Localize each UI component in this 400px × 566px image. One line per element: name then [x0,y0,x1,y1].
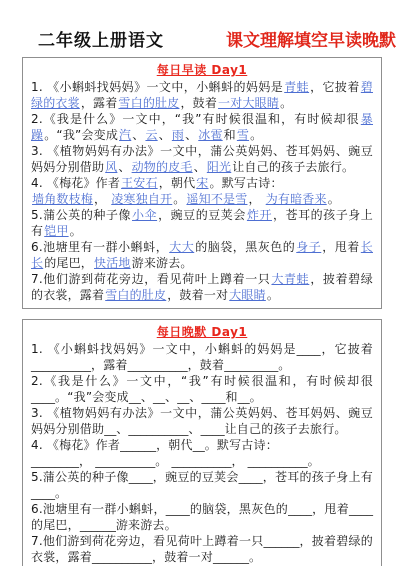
answer-text: 大眼睛 [228,288,267,302]
body-text: 、 [189,390,201,404]
fill-blank: __________ [171,454,231,468]
body-text: 。默写古诗： [205,438,278,452]
fill-blank: __________ [128,358,188,372]
body-text: 游来游去。 [116,518,177,532]
body-text: ，鼓着 [188,358,225,372]
text-line: 3. 《植物妈妈有办法》一文中，蒲公英妈妈、苍耳妈妈、豌豆妈妈分别借助风、动物的… [31,143,373,175]
fill-blank: __ [104,422,116,436]
fill-blank: __ [177,390,189,404]
fill-blank: __________ [128,422,188,436]
body-text: 、 [188,422,200,436]
text-line: 2.《我是什么》一文中，“我”有时候很温和，有时候却很____。“我”会变成__… [31,373,373,405]
body-text: 5.蒲公英的种子像 [31,470,129,484]
body-text: ， [79,454,95,468]
text-line: 4. 《梅花》作者王安石，朝代宋。默写古诗： [31,175,373,191]
body-text: 的脑袋，黑灰色的 [195,240,295,254]
fill-blank: __________ [95,454,155,468]
page-title-subject: 二年级上册语文 [38,26,164,51]
body-text: ，鼓着一对 [152,550,213,564]
answer-text: 汽 [118,128,132,142]
answer-text: 铠甲 [43,224,69,238]
fill-blank: ____ [201,390,225,404]
fill-blank: ________ [31,454,79,468]
answer-text: 遥知不是雪 [185,192,248,206]
fill-blank: __________ [248,454,308,468]
body-text: 5.蒲公英的种子像 [31,208,131,222]
body-text: 、 [118,160,130,174]
body-text: 。 [267,288,279,302]
fill-blank: ____ [297,342,321,356]
answer-text: 青蛙 [283,80,310,94]
morning-reading-header: 每日早读 Day1 [31,62,373,78]
body-text: 7.他们游到荷花旁边，看见荷叶上蹲着一只 [31,534,263,548]
fill-blank: ______ [120,438,156,452]
fill-blank: __ [129,390,141,404]
fill-blank: _________ [224,358,278,372]
fill-blank: __ [193,438,205,452]
answer-text: 大青蛙 [270,272,310,286]
answer-text: 动物的皮毛 [131,160,194,174]
answer-text: 雪白的肚皮 [104,288,167,302]
text-line: 4. 《梅花》作者______，朝代__。默写古诗： [31,437,373,453]
answer-text: 风 [104,160,118,174]
body-text: 。 [250,390,262,404]
fill-blank: ____ [166,502,190,516]
answer-text: 雪白的肚皮 [117,96,180,110]
body-text: 的尾巴， [31,518,80,532]
body-text: 、 [116,422,128,436]
text-line: 墙角数枝梅， 凌寒独自开。遥知不是雪， 为有暗香来。 [31,191,373,207]
evening-recitation-body: 1. 《小蝌蚪找妈妈》一文中，小蝌蚪的妈妈是____，它披着__________… [31,341,373,565]
page-header: 二年级上册语文 课文理解填空早读晚默 [0,0,400,57]
body-text: 6.池塘里有一群小蝌蚪， [31,502,166,516]
body-text: 。 [155,454,171,468]
body-text: 。默写古诗： [210,176,283,190]
text-line: 1. 《小蝌蚪找妈妈》一文中，小蝌蚪的妈妈是青蛙，它披着碧绿的衣裳，露着雪白的肚… [31,79,373,111]
text-line: 6.池塘里有一群小蝌蚪，大大的脑袋，黑灰色的身子，甩着长长的尾巴，快活地游来游去… [31,239,373,271]
morning-reading-body: 1. 《小蝌蚪找妈妈》一文中，小蝌蚪的妈妈是青蛙，它披着碧绿的衣裳，露着雪白的肚… [31,79,373,303]
text-line: 7.他们游到荷花旁边，看见荷叶上蹲着一只大青蛙，披着碧绿的衣裳，露着雪白的肚皮，… [31,271,373,303]
fill-blank: ____ [349,502,373,516]
body-text: 的脑袋，黑灰色的 [190,502,288,516]
evening-recitation-header: 每日晚默 Day1 [31,324,373,340]
fill-blank: ______ [263,534,299,548]
text-line: 3. 《植物妈妈有办法》一文中，蒲公英妈妈、苍耳妈妈、豌豆妈妈分别借助__、__… [31,405,373,437]
text-line: 1. 《小蝌蚪找妈妈》一文中，小蝌蚪的妈妈是____，它披着__________… [31,341,373,373]
body-text: 和 [225,390,237,404]
body-text: 、 [185,128,197,142]
body-text: 1. 《小蝌蚪找妈妈》一文中，小蝌蚪的妈妈是 [31,80,283,94]
body-text: 、 [165,390,177,404]
body-text: 6.池塘里有一群小蝌蚪， [31,240,168,254]
answer-text: 雪 [236,128,250,142]
body-text: 。 [250,128,262,142]
body-text: ，朝代 [159,176,196,190]
body-text: ， [231,454,247,468]
text-line: 6.池塘里有一群小蝌蚪，____的脑袋，黑灰色的____，甩着____的尾巴，_… [31,501,373,533]
fill-blank: ____ [31,486,55,500]
text-line: 5.蒲公英的种子像____，豌豆的豆荚会____，苍耳的孩子身上有____。 [31,469,373,501]
body-text: 。 [278,358,290,372]
body-text: ，豌豆的豆荚会 [153,470,239,484]
fill-blank: ______ [80,518,116,532]
answer-text: 宋 [195,176,209,190]
answer-text: 小伞 [131,208,158,222]
text-line: 2.《我是什么》一文中，“我”有时候很温和，有时候却很暴躁。“我”会变成汽、云、… [31,111,373,143]
body-text: 让自己的孩子去旅行。 [225,422,347,436]
body-text: 。“我”会变成 [55,390,129,404]
body-text: ，苍耳的孩子身上有 [263,470,373,484]
body-text: ，鼓着一对 [167,288,228,302]
body-text: 7.他们游到荷花旁边，看见荷叶上蹲着一只 [31,272,270,286]
fill-blank: __ [153,390,165,404]
body-text: 4. 《梅花》作者 [31,438,120,452]
body-text: 。 [328,192,340,206]
answer-text: 身子 [295,240,322,254]
answer-text: 为有暗香来 [265,192,328,206]
answer-text: 云 [144,128,158,142]
body-text: ，鼓着 [180,96,217,110]
body-text: 。 [70,224,82,238]
body-text: ， [94,192,110,206]
body-text: 1. 《小蝌蚪找妈妈》一文中，小蝌蚪的妈妈是 [31,342,297,356]
body-text: 和 [224,128,236,142]
body-text: 的尾巴， [44,256,93,270]
answer-text: 凌寒独自开 [110,192,173,206]
body-text: ，甩着 [322,240,360,254]
fill-blank: ____ [31,390,55,404]
fill-blank: __ [238,390,250,404]
fill-blank: ______ [213,550,249,564]
page-title-topic: 课文理解填空早读晚默 [226,26,396,51]
fill-blank: __________ [92,550,152,564]
body-text: ，露着 [81,96,118,110]
evening-recitation-section: 每日晚默 Day1 1. 《小蝌蚪找妈妈》一文中，小蝌蚪的妈妈是____，它披着… [22,319,382,566]
body-text: 2.《我是什么》一文中，“我”有时候很温和，有时候却很 [31,374,373,388]
answer-text: 炸开 [246,208,273,222]
fill-blank: ____ [239,470,263,484]
body-text: ，豌豆的豆荚会 [158,208,246,222]
body-text: 游来游去。 [132,256,193,270]
body-text: 4. 《梅花》作者 [31,176,120,190]
body-text: 。 [249,550,261,564]
body-text: 。 [173,192,185,206]
answer-text: 大大 [168,240,195,254]
answer-text: 墙角数枝梅 [31,192,94,206]
answer-text: 快活地 [93,256,132,270]
body-text: 、 [159,128,171,142]
body-text: 。 [280,96,292,110]
body-text: 。 [308,454,320,468]
body-text: 。 [55,486,67,500]
body-text: 让自己的孩子去旅行。 [232,160,354,174]
morning-reading-section: 每日早读 Day1 1. 《小蝌蚪找妈妈》一文中，小蝌蚪的妈妈是青蛙，它披着碧绿… [22,57,382,309]
fill-blank: __________ [31,358,91,372]
body-text: 。“我”会变成 [44,128,118,142]
body-text: 2.《我是什么》一文中，“我”有时候很温和，有时候却很 [31,112,360,126]
body-text: ，露着 [91,358,128,372]
body-text: ，它披着 [321,342,373,356]
body-text: ， [248,192,264,206]
answer-text: 一对大眼睛 [217,96,280,110]
answer-text: 王安石 [120,176,159,190]
body-text: ，甩着 [312,502,349,516]
answer-text: 阳光 [206,160,232,174]
text-line: ________， __________。 __________， ______… [31,453,373,469]
body-text: ，朝代 [156,438,193,452]
answer-text: 冰雹 [197,128,223,142]
fill-blank: ____ [201,422,225,436]
answer-text: 雨 [171,128,185,142]
text-line: 5.蒲公英的种子像小伞，豌豆的豆荚会炸开，苍耳的孩子身上有铠甲。 [31,207,373,239]
text-line: 7.他们游到荷花旁边，看见荷叶上蹲着一只______，披着碧绿的衣裳，露着___… [31,533,373,565]
fill-blank: ____ [288,502,312,516]
body-text: 、 [194,160,206,174]
body-text: 、 [141,390,153,404]
body-text: ，它披着 [310,80,360,94]
fill-blank: ____ [129,470,153,484]
body-text: 、 [132,128,144,142]
